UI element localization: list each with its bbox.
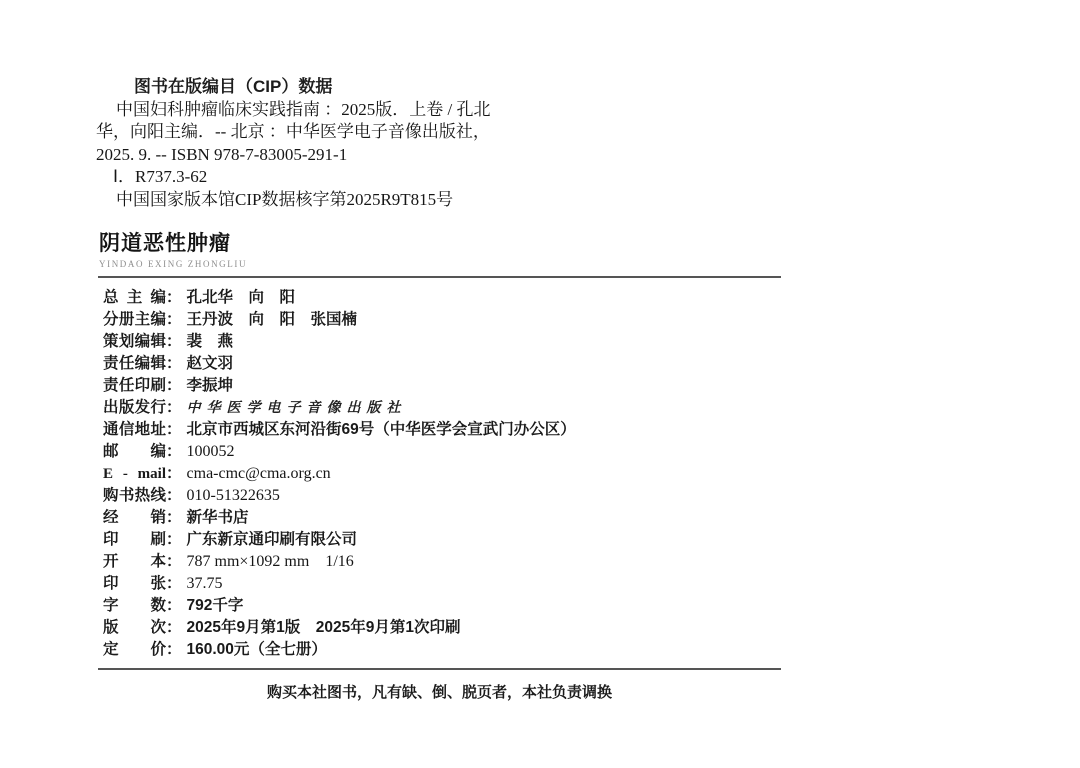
info-label: 通信地址 (103, 419, 166, 441)
info-label: 印张 (103, 573, 166, 595)
cip-line-1: 中国妇科肿瘤临床实践指南 ：2025版．上卷 / 孔北 (96, 99, 656, 122)
info-value: cma-cmc@cma.org.cn (187, 465, 331, 482)
label-colon: ： (166, 311, 182, 328)
info-value: 010-51322635 (187, 487, 280, 504)
label-colon: ： (166, 531, 182, 548)
info-value: 100052 (187, 443, 235, 460)
info-row-email: E - mail：cma-cmc@cma.org.cn (103, 463, 779, 485)
cip-line-4: Ⅰ．R737.3-62 (96, 166, 656, 189)
cip-heading: 图书在版编目（CIP）数据 (96, 76, 656, 99)
divider-bottom (98, 668, 781, 670)
label-colon: ： (166, 553, 182, 570)
info-row-sheets: 印张：37.75 (103, 573, 779, 595)
info-label: 邮编 (103, 441, 166, 463)
colophon-page: 图书在版编目（CIP）数据 中国妇科肿瘤临床实践指南 ：2025版．上卷 / 孔… (96, 0, 786, 768)
info-row-responsible-editor: 责任编辑：赵文羽 (103, 353, 779, 375)
label-colon: ： (166, 333, 182, 350)
info-value: 裴 燕 (187, 333, 234, 350)
info-row-distributor: 经销：新华书店 (103, 507, 779, 529)
info-label: 责任编辑 (103, 353, 166, 375)
info-row-planning-editor: 策划编辑：裴 燕 (103, 331, 779, 353)
info-label: 分册主编 (103, 309, 166, 331)
cip-line-3: 2025. 9. -- ISBN 978-7-83005-291-1 (96, 144, 656, 167)
info-value: 2025年9月第1版 2025年9月第1次印刷 (187, 619, 461, 636)
title-block: 阴道恶性肿瘤 YINDAO EXING ZHONGLIU (99, 231, 247, 269)
label-colon: ： (166, 421, 182, 438)
info-value: 赵文羽 (187, 355, 234, 372)
label-colon: ： (166, 355, 182, 372)
book-title: 阴道恶性肿瘤 (99, 231, 247, 256)
info-value: 新华书店 (187, 509, 249, 526)
info-row-price: 定价：160.00元（全七册） (103, 639, 779, 661)
exchange-notice: 购买本社图书，凡有缺、倒、脱页者，本社负责调换 (98, 681, 781, 702)
info-row-chief-editor: 总主编：孔北华 向 阳 (103, 287, 779, 309)
cip-line-2: 华，向阳主编．-- 北京 ：中华医学电子音像出版社， (96, 121, 656, 144)
info-row-edition: 版次：2025年9月第1版 2025年9月第1次印刷 (103, 617, 779, 639)
info-label: 定价 (103, 639, 166, 661)
label-colon: ： (166, 619, 182, 636)
info-value: 160.00元（全七册） (187, 641, 327, 658)
info-value: 北京市西城区东河沿街69号（中华医学会宣武门办公区） (187, 421, 576, 438)
info-value: 李振坤 (187, 377, 234, 394)
info-label: 总主编 (103, 287, 166, 309)
label-colon: ： (166, 641, 182, 658)
info-row-format: 开本：787 mm×1092 mm 1/16 (103, 551, 779, 573)
info-row-postcode: 邮编：100052 (103, 441, 779, 463)
info-label: 字数 (103, 595, 166, 617)
info-row-volume-editor: 分册主编：王丹波 向 阳 张国楠 (103, 309, 779, 331)
info-row-printer: 印刷：广东新京通印刷有限公司 (103, 529, 779, 551)
info-row-wordcount: 字数：792千字 (103, 595, 779, 617)
label-colon: ： (166, 509, 182, 526)
info-label: 经销 (103, 507, 166, 529)
label-colon: ： (166, 399, 182, 416)
info-label: 印刷 (103, 529, 166, 551)
cip-line-5: 中国国家版本馆CIP数据核字第2025R9T815号 (96, 189, 656, 212)
publication-info-list: 总主编：孔北华 向 阳 分册主编：王丹波 向 阳 张国楠 策划编辑：裴 燕 责任… (103, 287, 779, 661)
info-label: 责任印刷 (103, 375, 166, 397)
info-row-order-hotline: 购书热线：010-51322635 (103, 485, 779, 507)
label-colon: ： (166, 289, 182, 306)
label-colon: ： (166, 465, 182, 482)
label-colon: ： (166, 487, 182, 504)
label-colon: ： (166, 377, 182, 394)
publisher-logotype: 中华医学电子音像出版社 (187, 401, 407, 416)
info-label: E - mail (103, 463, 166, 485)
divider-top (98, 276, 781, 278)
info-label: 版次 (103, 617, 166, 639)
info-label: 购书热线 (103, 485, 166, 507)
info-value: 王丹波 向 阳 张国楠 (187, 311, 358, 328)
info-row-address: 通信地址：北京市西城区东河沿街69号（中华医学会宣武门办公区） (103, 419, 779, 441)
label-colon: ： (166, 575, 182, 592)
info-value: 37.75 (187, 575, 223, 592)
info-value: 广东新京通印刷有限公司 (187, 531, 358, 548)
cip-block: 图书在版编目（CIP）数据 中国妇科肿瘤临床实践指南 ：2025版．上卷 / 孔… (96, 76, 656, 211)
info-value: 孔北华 向 阳 (187, 289, 296, 306)
info-value: 792千字 (187, 597, 244, 614)
info-row-print-supervisor: 责任印刷：李振坤 (103, 375, 779, 397)
info-label: 出版发行 (103, 397, 166, 419)
book-title-pinyin: YINDAO EXING ZHONGLIU (99, 259, 247, 269)
info-value: 787 mm×1092 mm 1/16 (187, 553, 354, 570)
info-label: 策划编辑 (103, 331, 166, 353)
label-colon: ： (166, 443, 182, 460)
info-label: 开本 (103, 551, 166, 573)
info-row-publisher: 出版发行：中华医学电子音像出版社 (103, 397, 779, 419)
label-colon: ： (166, 597, 182, 614)
